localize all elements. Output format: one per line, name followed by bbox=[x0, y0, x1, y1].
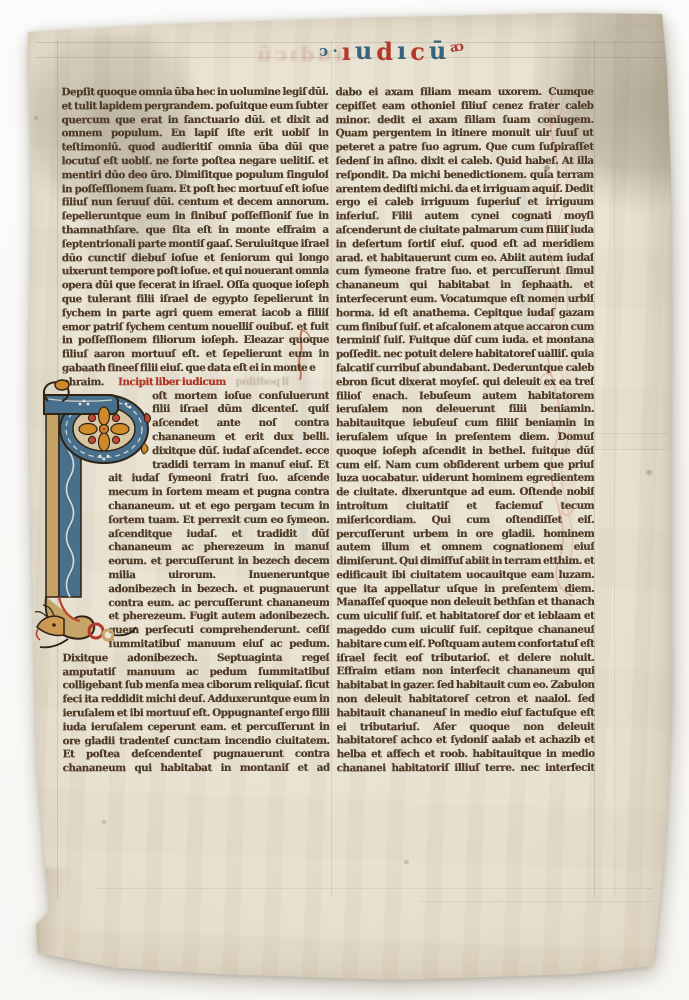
rubric-show-through: il podtiloq bbox=[236, 376, 289, 390]
title-lead-ornament: c bbox=[319, 44, 328, 59]
title-lead-dot: · bbox=[332, 44, 337, 59]
text-column-left: Depſit quoque omnia ūba hec in uolumine … bbox=[61, 86, 329, 776]
running-title-letter: u bbox=[355, 39, 372, 63]
speck bbox=[646, 470, 652, 475]
initial-stem-spacer bbox=[62, 459, 108, 652]
rubric-text: Incipit liber iudicum bbox=[118, 376, 226, 388]
ruling-line bbox=[420, 901, 652, 902]
joshua-explicit-text: Depſit quoque omnia ūba hec in uolumine … bbox=[61, 86, 329, 376]
title-tail-ornament: ac bbox=[449, 40, 465, 55]
photograph-background: ıudıcū c · ı u d bbox=[0, 0, 689, 1000]
leaf-shadow-wrap: ıudıcū c · ı u d bbox=[0, 0, 689, 1000]
text-column-right: dabo ei axam filiam meam uxorem. Cumque … bbox=[335, 86, 594, 776]
running-title: c · ı u d ı c ū ac bbox=[252, 30, 532, 72]
joshua-last-word: phraim. bbox=[62, 376, 104, 388]
speck bbox=[34, 116, 38, 120]
bottom-left-curl-shadow bbox=[34, 868, 72, 963]
judges-opening-block: oſt mortem ioſue conſuluerunt filii iſra… bbox=[62, 389, 330, 776]
running-title-letter: ū bbox=[429, 39, 446, 63]
rubric-line: phraim.Incipit liber iudicumil podtiloq bbox=[62, 376, 329, 390]
initial-bowl-spacer bbox=[62, 390, 152, 459]
speck bbox=[102, 820, 106, 824]
ruling-line bbox=[614, 40, 615, 898]
ruling-line bbox=[331, 40, 332, 898]
manuscript-leaf: ıudıcū c · ı u d bbox=[16, 8, 672, 988]
running-title-letter: d bbox=[376, 40, 393, 64]
foliation-mark: v bbox=[20, 952, 26, 963]
running-title-letter: c bbox=[410, 40, 425, 64]
initial-letter: P bbox=[34, 373, 35, 374]
running-title-letter: ı bbox=[342, 40, 351, 64]
ruling-line bbox=[96, 888, 652, 889]
running-title-letter: ı bbox=[397, 39, 406, 63]
judges-continuation-text: dabo ei axam filiam meam uxorem. Cumque … bbox=[335, 86, 594, 776]
speck bbox=[404, 860, 409, 864]
ruling-line bbox=[57, 40, 58, 898]
